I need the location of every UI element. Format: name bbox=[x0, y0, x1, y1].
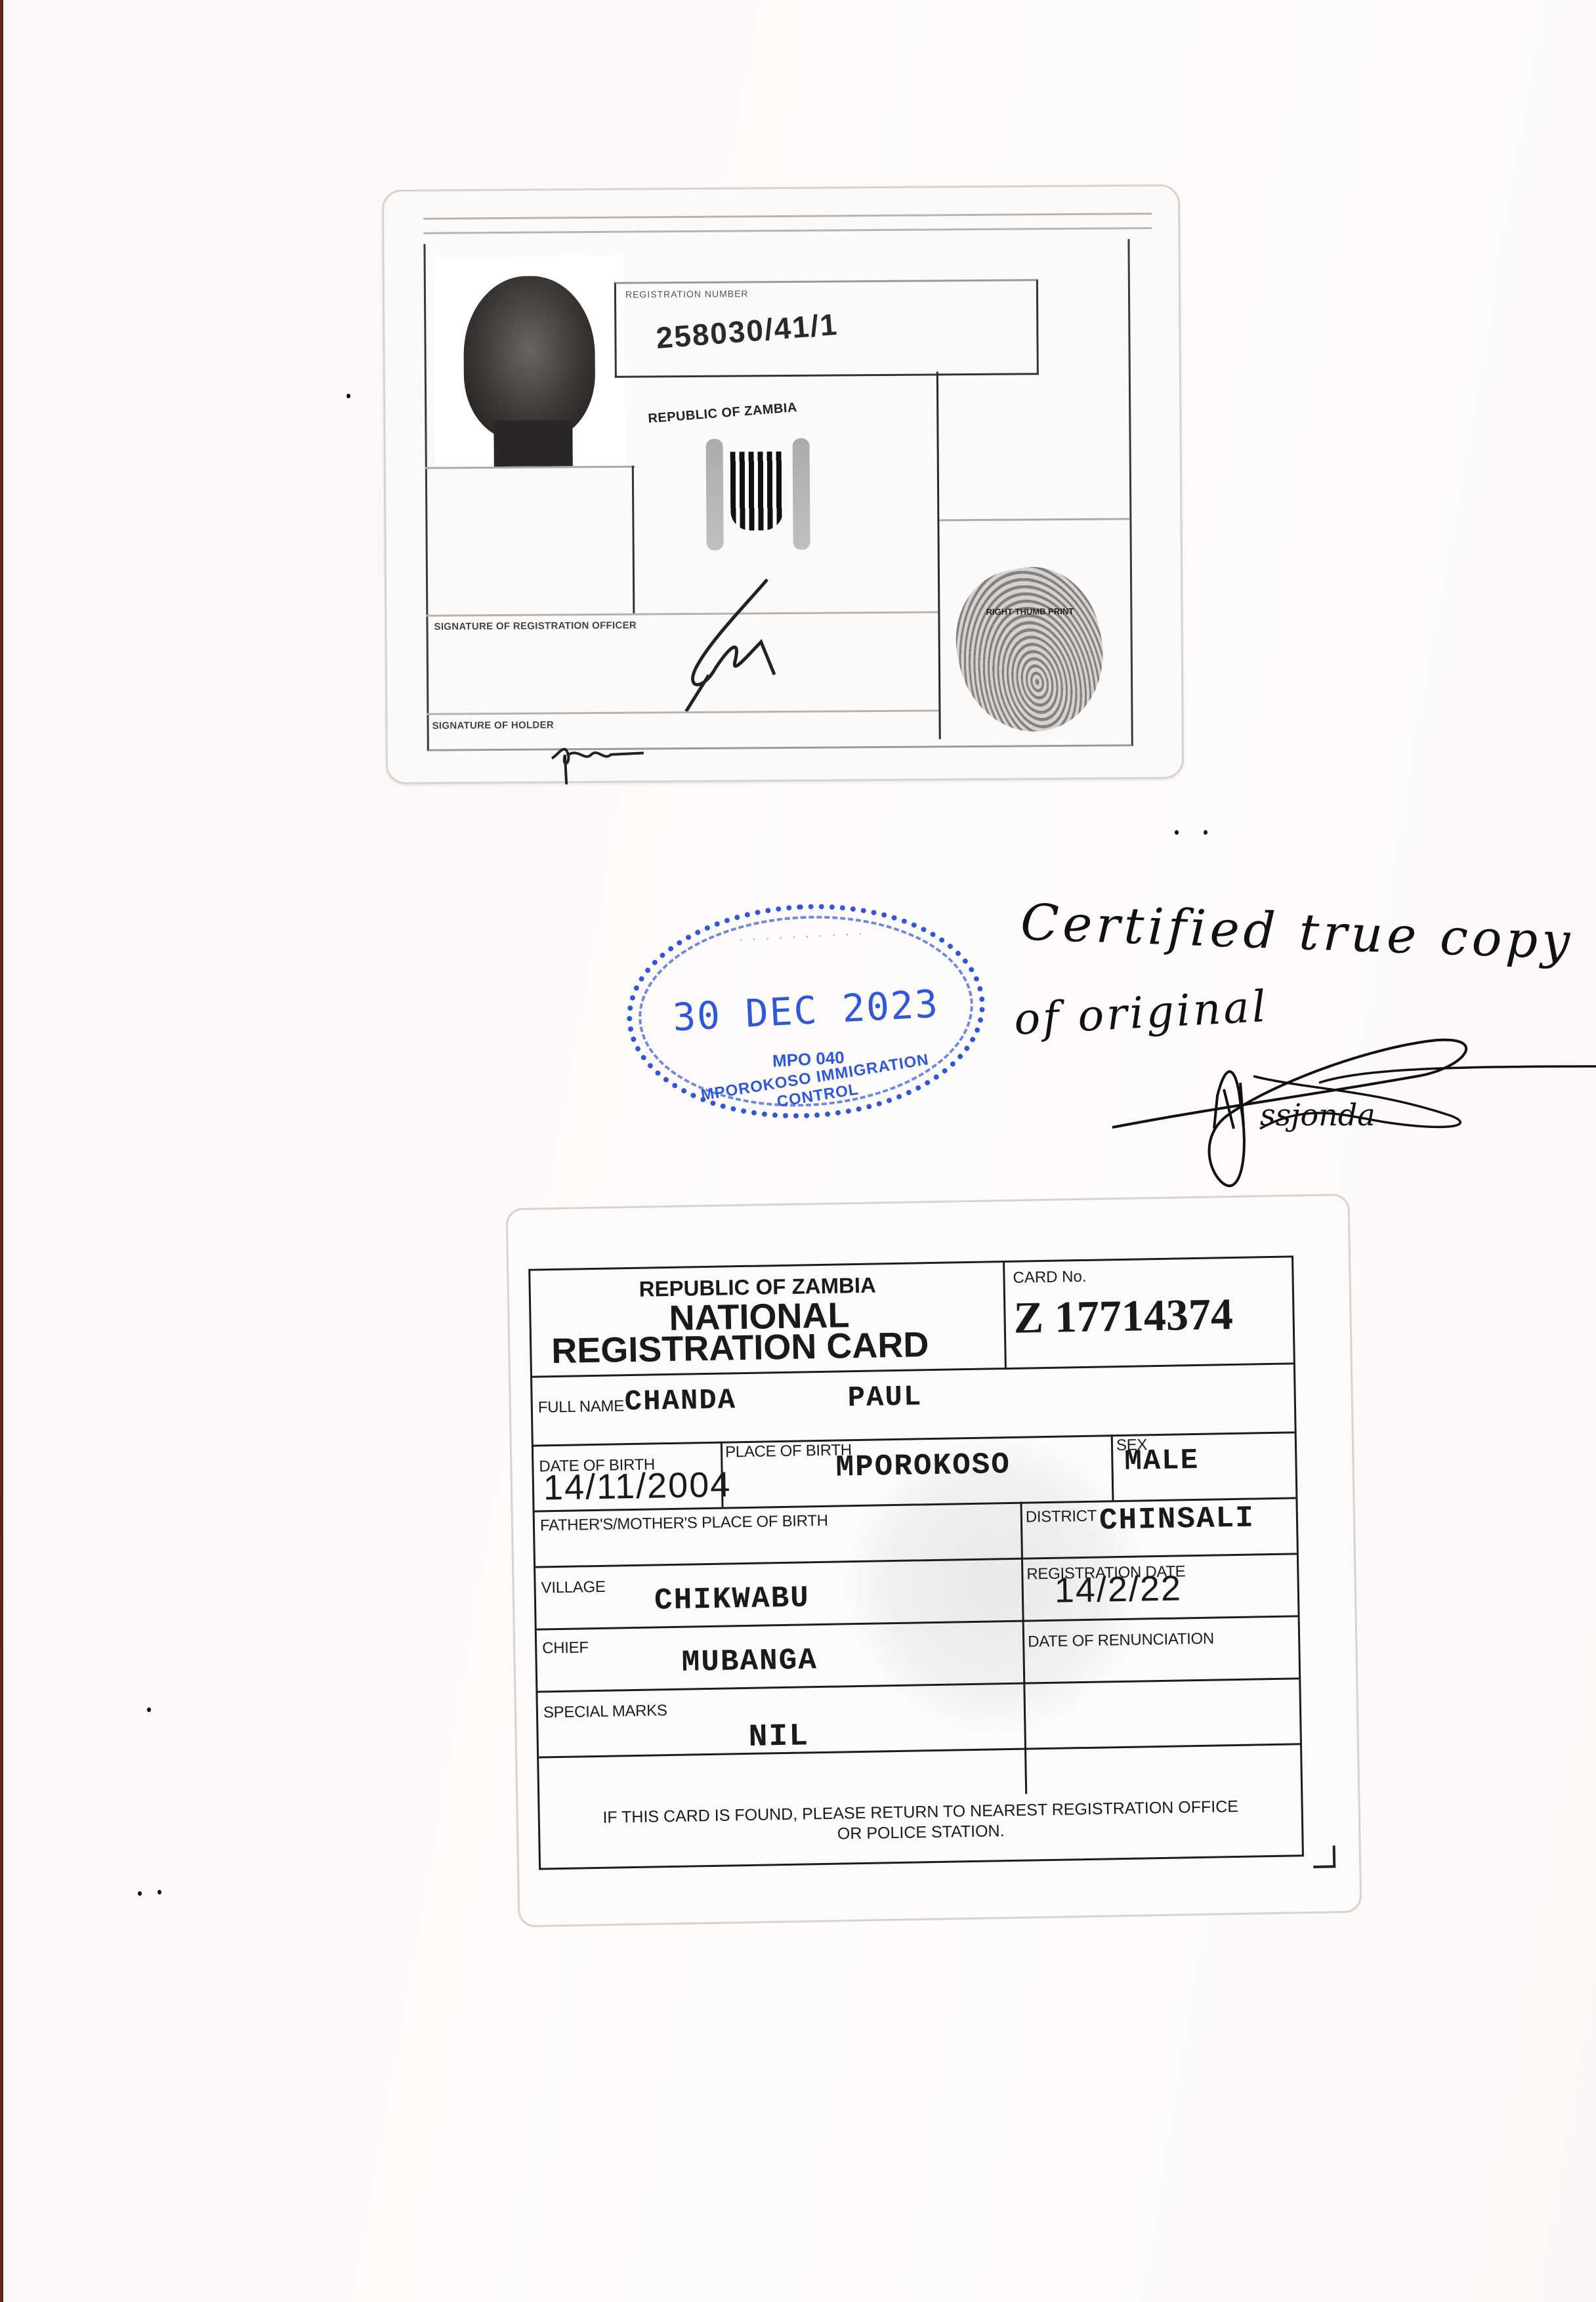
holder-signature-label: SIGNATURE OF HOLDER bbox=[432, 719, 554, 731]
district-label: DISTRICT bbox=[1026, 1507, 1097, 1527]
found-card-notice: IF THIS CARD IS FOUND, PLEASE RETURN TO … bbox=[540, 1795, 1302, 1850]
scan-edge bbox=[0, 0, 3, 2302]
parents-pob-label: FATHER'S/MOTHER'S PLACE OF BIRTH bbox=[540, 1512, 828, 1536]
nrc-card-back: REGISTRATION NUMBER 258030/41/1 REPUBLIC… bbox=[382, 184, 1184, 784]
card-number-label: CARD No. bbox=[1013, 1268, 1087, 1287]
given-name-value: PAUL bbox=[847, 1381, 922, 1415]
holder-signature-icon bbox=[545, 728, 651, 787]
stray-mark bbox=[147, 1707, 151, 1712]
renunciation-label: DATE OF RENUNCIATION bbox=[1028, 1630, 1214, 1652]
divider bbox=[423, 213, 1152, 220]
stray-mark bbox=[346, 394, 350, 398]
immigration-date-stamp: · · · · · · · · · · 30 DEC 2023 MPO 040 … bbox=[621, 895, 990, 1127]
registration-number-box: REGISTRATION NUMBER 258030/41/1 bbox=[614, 279, 1039, 378]
holder-photo-icon bbox=[434, 256, 625, 467]
thumbprint-label: RIGHT THUMB PRINT bbox=[977, 607, 1082, 617]
divider bbox=[423, 227, 1152, 234]
pob-label: PLACE OF BIRTH bbox=[725, 1441, 852, 1461]
stray-mark bbox=[138, 1891, 142, 1896]
dob-value: 14/11/2004 bbox=[543, 1464, 731, 1508]
divider bbox=[1111, 1434, 1114, 1500]
stray-mark bbox=[1175, 830, 1179, 835]
stray-mark bbox=[157, 1890, 161, 1894]
registration-number: 258030/41/1 bbox=[655, 306, 839, 356]
registration-date-value: 14/2/22 bbox=[1054, 1568, 1182, 1610]
certification-text: Certified true copy bbox=[1020, 892, 1575, 970]
surname-value: CHANDA bbox=[624, 1384, 736, 1419]
coat-of-arms-icon bbox=[694, 432, 826, 583]
pob-value: MPOROKOSO bbox=[835, 1448, 1011, 1485]
stray-mark bbox=[1204, 830, 1207, 835]
divider bbox=[539, 1743, 1300, 1758]
officer-signature-label: SIGNATURE OF REGISTRATION OFFICER bbox=[434, 620, 637, 633]
village-value: CHIKWABU bbox=[654, 1581, 810, 1618]
special-marks-value: NIL bbox=[748, 1719, 809, 1755]
district-value: CHINSALI bbox=[1099, 1501, 1255, 1538]
village-label: VILLAGE bbox=[541, 1578, 605, 1598]
full-name-label: FULL NAME bbox=[538, 1397, 625, 1417]
sex-value: MALE bbox=[1124, 1444, 1199, 1478]
divider bbox=[1003, 1263, 1007, 1368]
svg-text:ssjonda: ssjonda bbox=[1260, 1097, 1375, 1133]
special-marks-label: SPECIAL MARKS bbox=[543, 1702, 667, 1722]
chief-label: CHIEF bbox=[542, 1639, 589, 1658]
card-title-line2: REGISTRATION CARD bbox=[551, 1324, 929, 1371]
officer-signature-icon bbox=[669, 576, 801, 715]
certifier-signature-icon: ssjonda bbox=[1109, 991, 1596, 1201]
nrc-card-front: REPUBLIC OF ZAMBIA NATIONAL REGISTRATION… bbox=[506, 1194, 1362, 1927]
card-front-grid: REPUBLIC OF ZAMBIA NATIONAL REGISTRATION… bbox=[528, 1255, 1304, 1870]
chief-value: MUBANGA bbox=[681, 1643, 818, 1680]
registration-number-label: REGISTRATION NUMBER bbox=[625, 288, 749, 299]
card-number: Z 17714374 bbox=[1013, 1288, 1234, 1344]
corner-crop-mark bbox=[1313, 1845, 1336, 1868]
